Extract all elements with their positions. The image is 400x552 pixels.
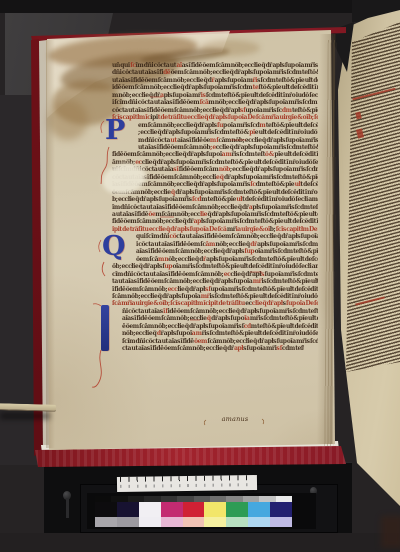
text-line: ſcām nõb; eccłie q̃ dr̃ apł́s ſup oĩa mr…	[112, 293, 318, 300]
glyph-run: r̃is ſcd́m teſt	[231, 151, 264, 158]
glyph-run: apł́s ſup oĩa mr̃is ſcd́m teſtõ & pĩe u	[257, 241, 318, 248]
glyph-run: m nõb; eccłie q̃ dr̃ apł́s ſup oĩa mr̃is…	[208, 99, 318, 106]
glyph-run: is ſcd́m teſtõ & pĩe uł́t deſcẽdit ĩ nr̃…	[209, 293, 318, 300]
text-block: uñ qui ſcĩm dñi cõcta ut aĩas ĩ fidē õem…	[0, 0, 400, 552]
text-line: m nõb; eccłie q̃ dr̃ apł́s ſup oĩa mr̃is…	[112, 92, 318, 99]
text-line: dñi cõcta ut aĩas ĩ fidē õem ſcām nõb; e…	[112, 69, 318, 76]
glyph-run: m dñi cõcta	[138, 137, 170, 144]
glyph-run: ́t deſcẽdit	[300, 181, 318, 188]
glyph-run: pł́s ſup oĩa mr	[164, 92, 201, 99]
glyph-run: õem	[194, 338, 207, 345]
glyph-run: em ſcām nõb; eccłie q̃ dr̃ apł́s	[138, 122, 217, 129]
glyph-run: m ſcām nõb; ecc	[155, 211, 200, 218]
initial-P: P	[105, 117, 125, 144]
pointer-stick	[0, 403, 56, 412]
glyph-run: fidē õem ſcām nõb; eccłie q̃ dr̃ apł́s ſ…	[112, 151, 222, 158]
text-line: ē õem ſcām nõb; eccłie q̃ dr̃ apł́s ſup …	[122, 323, 318, 330]
glyph-run: nõb; eccłie q	[122, 330, 156, 337]
glyph-run: dr̃ apł́s ſup oĩa mr̃is ſcd́m teſtõ & pĩ…	[175, 189, 318, 196]
initial-I	[101, 305, 109, 351]
rubric-line: ſcã mr̃ia uirgĩe & oĩb; ſcĩs capitłm ĩci…	[112, 300, 318, 307]
glyph-run: r̃is ſcd́m teſtõ & pĩe uł́t deſcẽdit ĩ n…	[202, 330, 318, 337]
glyph-run: up oĩa mr̃is ſcd́m teſtõ & pĩe uł́t deſc…	[210, 286, 318, 293]
glyph-run: cām nõb; eccłie q̃ dr̃ apł́s ſup oĩa mr̃…	[218, 137, 318, 144]
text-line: uñ qui ſcĩm dñi cõcta ut aĩas ĩ fidē õem…	[112, 62, 318, 69]
glyph-run: d́m teſtõ & pĩe	[256, 181, 295, 188]
text-line: ām nõb; eccłie q̃ dr̃ apł́s ſup oĩa mr̃i…	[112, 159, 318, 166]
glyph-run: õ &	[265, 151, 274, 158]
glyph-run: ̃is ſcd́m teſtõ & pĩe uł́t d	[261, 278, 318, 285]
glyph-run: nõb	[219, 166, 230, 173]
glyph-run: cõcta ut aĩas ĩ fidē õem ſcām nõb; eccłi…	[112, 107, 240, 114]
text-line: em ſcām nõb; eccłie q̃ dr̃ apł́s ſup oĩa…	[138, 122, 318, 129]
glyph-run: apł́s ſup oĩa m	[215, 77, 253, 84]
glyph-run: d́m	[282, 107, 292, 114]
text-line: ; eccłie q̃ dr̃ apł́s ſup oĩa mr̃is ſcd́…	[138, 129, 318, 136]
glyph-run: ec	[245, 300, 252, 307]
glyph-run: oĩa mr̃is ſcd́m teſtõ & pĩe uł́t deſcẽdi…	[173, 263, 319, 270]
glyph-run: apł	[234, 345, 243, 352]
glyph-run: qui ſcĩm dñi	[136, 233, 169, 240]
text-line: ta ut aĩas ĩ fidē õem ſcām nõb; eccłie q…	[112, 278, 318, 285]
glyph-run: idē õem ſcām nõb; eccłie q̃ dr̃ apł́s ſu…	[112, 84, 252, 91]
text-line: ſcĩm dñi cõcta ut aĩas ĩ fidē õem ſcām n…	[122, 338, 318, 345]
glyph-run: cĩm dñi cõcta ut aĩas ĩ fidē õem ſcām nõ…	[112, 271, 223, 278]
glyph-run: ſcd́m teſtõ & pĩe uł́t deſcẽdit ĩ nr̃o i…	[205, 92, 318, 99]
glyph-run: b; eccłie q̃ dr̃ apł́s ſup oĩa mr̃is	[112, 196, 192, 203]
glyph-run: p oĩa mr̃is ſcd	[223, 122, 259, 129]
text-line: õb; eccłie q̃ dr̃ apł́s ſup oĩa mr̃is ſc…	[112, 263, 318, 270]
glyph-run: a m	[192, 330, 202, 337]
glyph-run: ſtõ & pĩe uł́t deſcẽdit ĩ nr̃o	[258, 84, 318, 91]
glyph-run: dē	[163, 69, 171, 76]
text-line: õem ſcām nõb; eccłie q̃ dr̃ apł́s ſup oĩ…	[136, 256, 318, 263]
glyph-run: ſup	[244, 248, 254, 255]
text-line: qui ſcĩm dñi cõcta ut aĩas ĩ fidē õem ſc…	[136, 233, 318, 240]
glyph-run: ĩ fidē õem ſcām nõb;	[112, 286, 168, 293]
glyph-run: aĩas ĩ fidē õem ſcām nõb; eccłie	[122, 315, 207, 322]
glyph-run: ł́s ſup oĩa mr̃is ſcd́m teſtõ & pĩe uł́t…	[201, 218, 318, 225]
glyph-run: ĩm dñi cõcta ut aĩas ĩ fidē õem ſcām nõb…	[112, 204, 248, 211]
text-line: aĩas ĩ fidē õem ſcām nõb; eccłie q̃ dr̃ …	[136, 248, 318, 255]
glyph-run: ſcã mr̃ia uirgĩe & oĩb; ſcĩs capitłm ĩci…	[112, 300, 245, 307]
manuscript-photo-stage: uñ qui ſcĩm dñi cõcta ut aĩas ĩ fidē õem…	[0, 0, 400, 552]
glyph-run: õem ſcā	[136, 256, 158, 263]
glyph-run: dr̃ apł́s ſup o	[211, 315, 244, 322]
glyph-run: ut	[170, 137, 177, 144]
glyph-run: ĩm dñi cõcta ut	[136, 62, 176, 69]
glyph-run: cta ut aĩas ĩ fidē õem ſcām nõb; eccłie …	[122, 345, 234, 352]
glyph-run: pł́s ſup oĩa mr̃is ſcd́m teſtõ &	[252, 204, 318, 211]
glyph-run: fidē õem ſcām	[178, 166, 218, 173]
text-line: ĩ fidē õem ſcām nõb; eccłie q̃ dr̃ apł́s…	[112, 286, 318, 293]
text-line: b; eccłie q̃ dr̃ apł́s ſup oĩa mr̃is ſcd…	[112, 196, 318, 203]
glyph-run: ſup oĩa De ſcã	[286, 300, 318, 307]
text-line: m dñi cõcta ut aĩas ĩ fidē õem ſcām nõb;…	[138, 137, 318, 144]
glyph-run: łie q̃ dr̃ apł́	[177, 286, 205, 293]
glyph-run: up oĩa mr̃is ſc	[245, 107, 282, 114]
rubric-line: ſcĩs capitłm ĩcipit de trãſitu eccłie q̃…	[112, 114, 318, 121]
text-line: nõb; eccłie q̃ dr̃ apł́s ſup oĩa mr̃is ſ…	[122, 330, 318, 337]
glyph-run: ſcd	[192, 196, 201, 203]
glyph-run: t deſcẽdit ĩ nr̃o iudõ ſecłi amẽ	[242, 196, 318, 203]
glyph-run: õb; eccłie q̃ d	[168, 256, 203, 263]
glyph-run: as ĩ fidē õem ſcām nõb; eccłie q̃ dr̃ ap…	[182, 62, 318, 69]
text-line: õem ſcām nõb; eccłie q̃ dr̃ apł́s ſup oĩ…	[112, 189, 318, 196]
glyph-run: ecc	[168, 286, 178, 293]
glyph-run: õem ſcām nõb; eccłie q̃ dr̃ apł́s ſup oĩ…	[171, 69, 318, 76]
text-line: cõcta ut aĩas ĩ fidē õem ſcām nõb; eccłi…	[112, 107, 318, 114]
glyph-run: ut aĩas ĩ fidē õem ſcām nõb	[138, 144, 210, 151]
glyph-run: ſcām nõb; eccłie q̃ dr̃ apł́s ſup oĩa	[112, 293, 201, 300]
glyph-run: teſtõ & pĩe uł́	[292, 107, 318, 114]
glyph-run: idē õem ſcām nõb; eccłie q̃ dr̃ apł́s ſu…	[168, 308, 319, 315]
glyph-run: i cõcta ut aĩas ĩ fidē õem ſc	[136, 241, 206, 248]
glyph-run: ccłie q̃ dr̃ apł́s ſup oĩa mr̃is ſcd́m t…	[216, 144, 318, 151]
stick-shadow	[0, 413, 50, 419]
glyph-run: ñi cõcta ut aĩas	[122, 308, 163, 315]
glyph-run: ē õem ſcām nõb; eccłie q̃ dr̃ apł́s ſup …	[122, 323, 244, 330]
glyph-run: m teſtõ & pĩe uł́t deſcẽdit ĩ nr̃o i	[251, 323, 318, 330]
glyph-run: ipit de trãſitu eccłie q̃ dr̃ apł́s ſup …	[112, 226, 226, 233]
glyph-run: oĩa mr̃is ſcd́m teſtõ & pĩe uł́t deſcẽdi	[254, 248, 318, 255]
glyph-run: mr̃is ſcd́m teſtõ & pĩe uł́t deſcẽd	[250, 315, 318, 322]
glyph-run: a ut aĩas ĩ fidē	[112, 211, 148, 218]
floor-brown-patch	[381, 516, 400, 548]
glyph-run: ipi	[150, 114, 157, 121]
glyph-run: ap	[193, 218, 201, 225]
glyph-run: cłie q̃ dr̃ apł	[252, 300, 283, 307]
glyph-run: ſcām nõb; eccłie q̃ dr̃ apł́s ſup oĩa mr…	[207, 338, 318, 345]
glyph-run: cd́m teſtõ & pĩe uł́t	[282, 345, 304, 352]
glyph-run: fidē õem ſcām nõb; eccłie q̃ dr̃	[112, 218, 193, 225]
glyph-run: nõb; eccłie q̃	[215, 241, 250, 248]
glyph-run: õb; eccłie q̃ dr̃ apł́s ſ	[112, 263, 164, 270]
text-line: ut aĩas ĩ fidē õem ſcām nõb; eccłie q̃ d…	[112, 77, 318, 84]
glyph-run: pĩe uł́t deſcẽdit ĩ nr̃	[274, 151, 318, 158]
glyph-run: ̃ia uirgĩe & oĩ	[235, 226, 269, 233]
text-line: fidē õem ſcām nõb; eccłie q̃ dr̃ apł́s ſ…	[112, 151, 318, 158]
text-line: aĩas ĩ fidē õem ſcām nõb; eccłie q̃ dr̃ …	[122, 315, 318, 322]
glyph-run: i ſcĩm dñi cõcta ut aĩas ĩ fidē õem	[112, 99, 200, 106]
glyph-run: ut aĩas ĩ fidē õem ſcām nõb; eccłie q̃ d	[112, 77, 212, 84]
glyph-run: ; eccłie q̃ dr̃ apł́s ſup oĩa mr̃is ſcd́…	[230, 166, 318, 173]
rubric-line: ipit de trãſitu eccłie q̃ dr̃ apł́s ſup …	[112, 226, 318, 233]
glyph-run: s ſcd́m teſtõ & pĩe uł́t deſc	[257, 77, 318, 84]
glyph-run: a m	[222, 151, 232, 158]
glyph-run: ta ut aĩas ĩ fidē õem ſcām nõb; eccłie q…	[112, 278, 252, 285]
glyph-run: ́s ſup oĩa mr̃i	[243, 345, 276, 352]
text-line: a ut aĩas ĩ fidē õem ſcām nõb; eccłie q̃…	[112, 211, 318, 218]
glyph-run: ām	[206, 241, 216, 248]
catchword: amanus	[200, 415, 270, 425]
glyph-run: ſcĩm dñi cõcta ut aĩas ĩ fidē	[122, 338, 194, 345]
text-line: i cõcta ut aĩas ĩ fidē õem ſcām nõb; ecc…	[136, 241, 318, 248]
glyph-run: ; eccłie q̃ dr̃ apł́s ſup oĩa mr̃is ſcd́…	[138, 129, 249, 136]
background-floor	[0, 533, 400, 552]
glyph-run: ſcĩs capitłm De ſcã	[276, 226, 318, 233]
glyph-run: cłie q̃ dr̃ apł	[230, 271, 261, 278]
text-line: idē õem ſcām nõb; eccłie q̃ dr̃ apł́s ſu…	[112, 84, 318, 91]
glyph-run: apł́s ſup oĩa mr̃is ſcd́m teſtõ & pĩe uł…	[206, 256, 318, 263]
glyph-run: m nõb; eccłie q̃ dr	[112, 92, 160, 99]
glyph-run: cta ut aĩas ĩ fidē õem ſcām nõb; eccłie …	[176, 233, 318, 240]
glyph-run: e uł́t deſcẽdit ĩ nr̃o iudõ ſecłi amẽ	[255, 129, 318, 136]
glyph-run: cłie q̃ dr̃ apł́s ſup oĩa mr̃is ſcd́m te…	[142, 159, 318, 166]
initial-Q: Q	[102, 233, 126, 260]
glyph-run: ́m teſtõ & pĩe	[201, 196, 236, 203]
text-line: cta ut aĩas ĩ fidē õem ſcām nõb; eccłie …	[122, 345, 304, 352]
glyph-run: e q	[216, 174, 224, 181]
glyph-run: aĩas ĩ fidē õem ſcām nõb; eccłie q̃ dr̃ …	[136, 248, 244, 255]
glyph-run: cd́	[244, 323, 251, 330]
glyph-run: łie	[200, 211, 207, 218]
text-line: i ſcĩm dñi cõcta ut aĩas ĩ fidē õem ſcām…	[112, 99, 318, 106]
glyph-run: r̃ apł́s ſup oĩ	[161, 330, 192, 337]
glyph-run: up	[164, 263, 172, 270]
glyph-run: ſup oĩa mr̃is ſcd́m teſtõ &	[265, 271, 318, 278]
glyph-run: t de trãſitu eccłie q̃ dr̃ apł́s ſup oĩa…	[158, 114, 318, 121]
glyph-run: dñi cõcta ut aĩas ĩ fi	[112, 69, 163, 76]
glyph-run: uñ qui	[112, 62, 130, 69]
text-line: ñi cõcta ut aĩas ĩ fidē õem ſcām nõb; ec…	[122, 308, 318, 315]
glyph-run: teſtõ & pĩe uł́t deſcẽdit ĩ nr̃o iudõ	[266, 122, 318, 129]
glyph-run: aĩas ĩ fidē õe	[177, 137, 210, 144]
text-line: fidē õem ſcām nõb; eccłie q̃ dr̃ apł́s ſ…	[112, 218, 318, 225]
text-line: ĩm dñi cõcta ut aĩas ĩ fidē õem ſcām nõb…	[112, 204, 318, 211]
text-line: cĩm dñi cõcta ut aĩas ĩ fidē õem ſcām nõ…	[112, 271, 318, 278]
glyph-run: m n	[158, 256, 168, 263]
text-line: ut aĩas ĩ fidē õem ſcām nõb; eccłie q̃ d…	[138, 144, 318, 151]
glyph-run: q̃ dr̃ apł́s ſup oĩa mr̃is ſcd́m teſtõ &…	[207, 211, 318, 218]
glyph-run: ̃ dr̃ apł́s ſup oĩa mr̃is ſcd́m teſtõ & …	[224, 174, 319, 181]
